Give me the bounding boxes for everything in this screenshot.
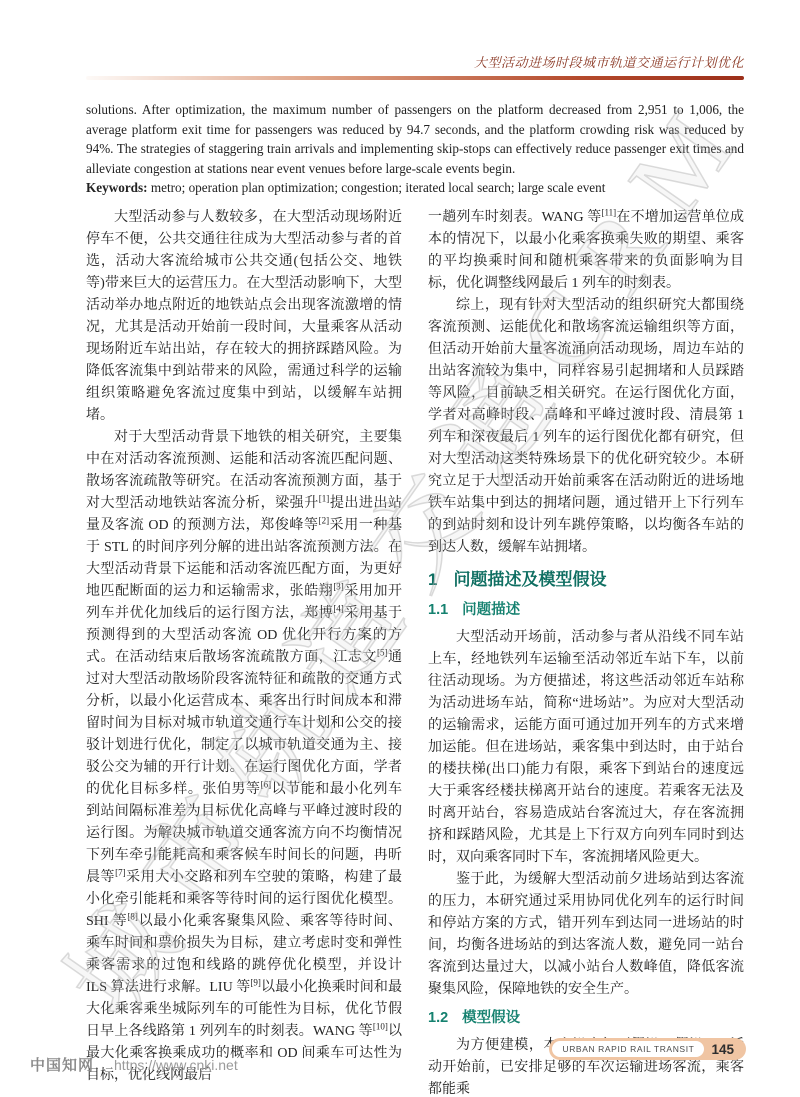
journal-name-en: URBAN RAPID RAIL TRANSIT [552, 1041, 704, 1057]
section-1-heading: 1 问题描述及模型假设 [428, 569, 744, 591]
cnki-url-link[interactable]: https://www.cnki.net [114, 1057, 238, 1073]
paragraph-intro: 大型活动参与人数较多，在大型活动现场附近停车不便，公共交通往往成为大型活动参与者… [86, 207, 402, 427]
page-number: 145 [704, 1042, 743, 1057]
running-title: 大型活动进场时段城市轨道交通运行计划优化 [474, 52, 744, 71]
keywords-text: metro; operation plan optimization; cong… [148, 180, 606, 195]
paragraph-review-continued: 一趟列车时刻表。WANG 等[11]在不增加运营单位成本的情况下，以最小化乘客换… [428, 207, 744, 295]
paragraph-literature-review: 对于大型活动背景下地铁的相关研究，主要集中在对活动客流预测、运能和活动客流匹配问… [86, 427, 402, 1087]
section-1-2-heading: 1.2 模型假设 [428, 1007, 744, 1029]
section-1-2-number: 1.2 [428, 1007, 448, 1029]
paragraph-problem-description-b: 鉴于此，为缓解大型活动前夕进场站到达客流的压力，本研究通过采用协同优化列车的运行… [428, 869, 744, 1001]
section-1-1-number: 1.1 [428, 599, 448, 621]
footer-cnki: 中国知网 https://www.cnki.net [30, 1054, 238, 1075]
section-1-2-title: 模型假设 [462, 1007, 520, 1029]
section-1-1-heading: 1.1 问题描述 [428, 599, 744, 621]
section-1-1-title: 问题描述 [462, 599, 520, 621]
journal-page-badge: URBAN RAPID RAIL TRANSIT 145 [549, 1038, 746, 1060]
cnki-logo-text: 中国知网 [30, 1054, 94, 1075]
left-column: 大型活动参与人数较多，在大型活动现场附近停车不便，公共交通往往成为大型活动参与者… [86, 207, 402, 1027]
paragraph-problem-description-a: 大型活动开场前，活动参与者从沿线不同车站上车，经地铁列车运输至活动邻近车站下车，… [428, 627, 744, 869]
keywords-label: Keywords: [86, 180, 148, 195]
abstract-text: solutions. After optimization, the maxim… [86, 102, 744, 176]
body-columns: 大型活动参与人数较多，在大型活动现场附近停车不便，公共交通往往成为大型活动参与者… [86, 207, 744, 1027]
paragraph-summary: 综上，现有针对大型活动的组织研究大都围绕客流预测、运能优化和散场客流运输组织等方… [428, 295, 744, 559]
section-1-title: 问题描述及模型假设 [453, 569, 606, 591]
right-column: 一趟列车时刻表。WANG 等[11]在不增加运营单位成本的情况下，以最小化乘客换… [428, 207, 744, 1027]
section-1-number: 1 [428, 569, 437, 591]
paper-page: 大型活动进场时段城市轨道交通运行计划优化 solutions. After op… [0, 0, 800, 1097]
header-divider [86, 76, 744, 80]
abstract-block: solutions. After optimization, the maxim… [86, 100, 744, 198]
